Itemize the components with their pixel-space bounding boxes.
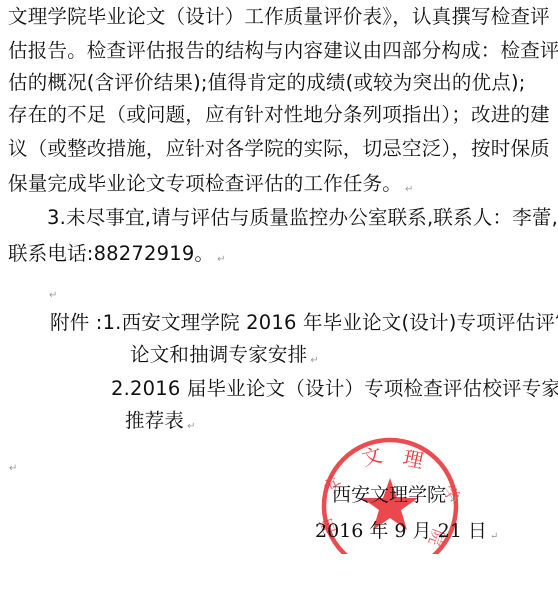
paragraph-mark-icon: ↵ — [187, 421, 196, 432]
body-line-6: 保量完成毕业论文专项检查评估的工作任务。 — [8, 172, 402, 195]
paragraph-mark-icon: ↵ — [490, 531, 498, 542]
paragraph-mark-icon: ↵ — [9, 463, 18, 474]
signature-date-wrap: 2016 年 9 月 21 日↵ — [315, 516, 498, 543]
attachment-1-title-cont: 论文和抽调专家安排 — [130, 343, 307, 366]
attachment-2-line-1: 2.2016 届毕业论文（设计）专项检查评估校评专家 — [111, 377, 558, 401]
signature-organization-wrap: 西安文理学院↵ — [332, 480, 457, 507]
body-line-6-wrap: 保量完成毕业论文专项检查评估的工作任务。↵ — [8, 172, 414, 202]
item3-line-2-wrap: 联系电话:88272919。↵ — [8, 242, 226, 272]
paragraph-mark-icon: ↵ — [310, 355, 319, 366]
attachment-2-line-2-wrap: 推荐表↵ — [125, 409, 196, 439]
attachments-label: 附件 : — [50, 311, 103, 334]
attachment-1-title: 1.西安文理学院 2016 年毕业论文(设计)专项评估评审 — [103, 311, 558, 334]
signature-organization: 西安文理学院 — [332, 484, 446, 506]
paragraph-mark-icon: ↵ — [449, 495, 457, 506]
body-line-5: 议（或整改措施，应针对各学院的实际，切忌空泛），按时保质 — [8, 137, 550, 161]
attachment-1-line-1-wrap: 附件 :1.西安文理学院 2016 年毕业论文(设计)专项评估评审 — [50, 311, 558, 335]
attachment-1-line-2-wrap: 论文和抽调专家安排↵ — [130, 343, 319, 373]
seal-char-2: 理 — [401, 445, 426, 473]
seal-char-1: 文 — [359, 442, 385, 470]
body-line-2: 估报告。检查评估报告的结构与内容建议由四部分构成：检查评 — [8, 39, 558, 63]
empty-paragraph-2: ↵ — [6, 451, 18, 481]
paragraph-mark-icon: ↵ — [49, 290, 58, 301]
paragraph-mark-icon: ↵ — [217, 254, 226, 265]
signature-date: 2016 年 9 月 21 日 — [315, 520, 487, 542]
paragraph-mark-icon: ↵ — [405, 184, 414, 195]
item3-line-1: 3.未尽事宜,请与评估与质量监控办公室联系,联系人：李蕾, — [47, 206, 558, 230]
item3-line-2: 联系电话:88272919。 — [8, 242, 214, 265]
body-line-4: 存在的不足（或问题，应有针对性地分条列项指出）；改进的建 — [8, 103, 550, 127]
empty-paragraph: ↵ — [46, 278, 58, 308]
body-line-3: 估的概况(含评价结果);值得肯定的成绩(或较为突出的优点); — [8, 71, 526, 95]
attachment-2-title-cont: 推荐表 — [125, 409, 184, 432]
body-line-1: 文理学院毕业论文（设计）工作质量评价表》，认真撰写检查评 — [8, 5, 550, 29]
